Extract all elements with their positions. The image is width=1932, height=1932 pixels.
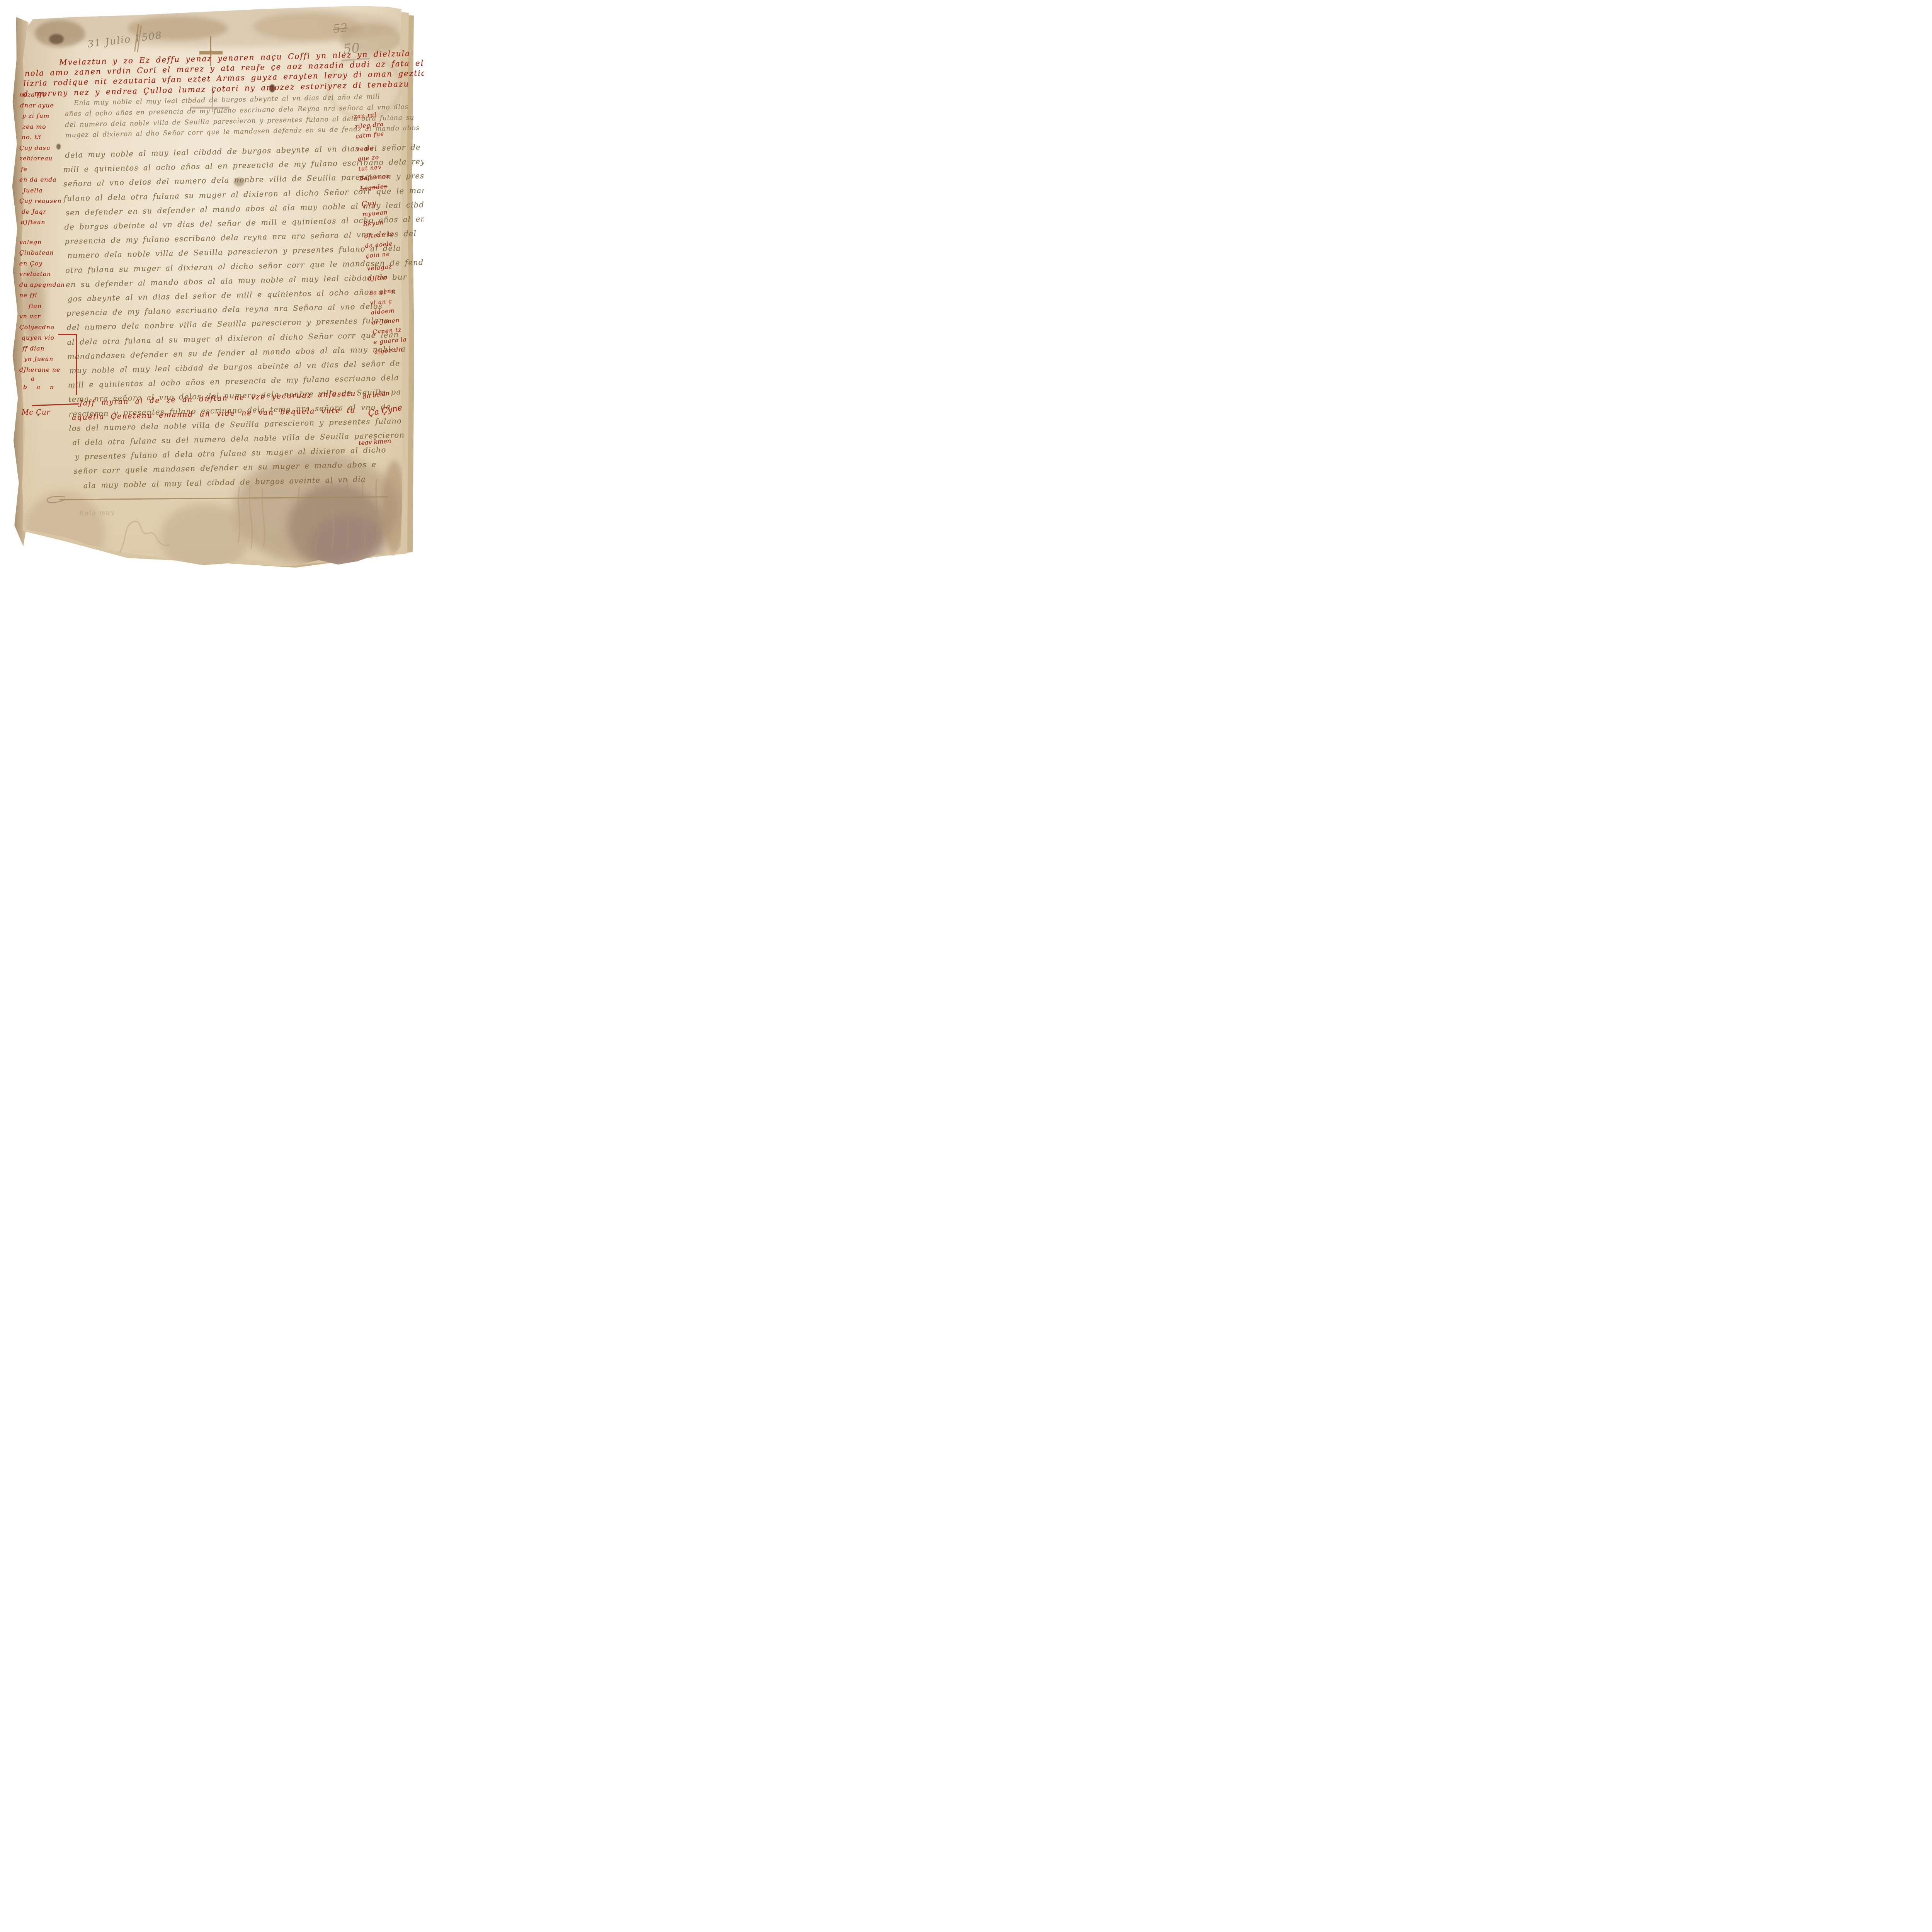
margin-note: neza ffe bbox=[19, 90, 87, 100]
pen-flourish-sketch bbox=[116, 514, 174, 560]
body-upper-block: Enla muy noble el muy leal cibdad de bur… bbox=[65, 92, 376, 141]
margin-note: Juella bbox=[19, 185, 87, 196]
margin-note: vn var bbox=[19, 311, 87, 322]
margin-note: vrelaztan bbox=[19, 269, 87, 280]
rule-loop-flourish bbox=[46, 495, 66, 505]
margin-note: zebioreau bbox=[19, 153, 87, 164]
margin-note: valegn bbox=[19, 237, 87, 248]
margin-note: ne ffi bbox=[19, 290, 87, 301]
margin-note: du apeqmdan bbox=[19, 280, 87, 291]
margin-note: de Jaqr bbox=[19, 207, 87, 218]
margin-note: Çinbatean bbox=[19, 248, 87, 259]
margin-note: Çolyecdno bbox=[19, 322, 87, 333]
manuscript-photo: 52 50 31 Julio 1508 Mvelaztun y zo Ez de… bbox=[0, 0, 424, 586]
crossed-out-folio-number: 52 bbox=[332, 21, 349, 36]
margin-note: zea mo bbox=[19, 122, 87, 133]
body-main-block: dela muy noble al muy leal cibdad de bur… bbox=[63, 141, 386, 493]
margin-note: fian bbox=[19, 301, 87, 312]
margin-note: Çuy reausen bbox=[19, 196, 87, 207]
margin-note: dJftean bbox=[19, 217, 87, 228]
margin-note: Çuy dasu bbox=[19, 143, 87, 154]
pen-flourish-sketch bbox=[232, 485, 278, 551]
margin-note: Mc Çur bbox=[19, 407, 87, 418]
pen-flourish-sketch bbox=[340, 479, 383, 553]
red-bracket bbox=[76, 335, 77, 395]
red-bracket bbox=[58, 334, 77, 335]
ink-blot bbox=[49, 34, 64, 44]
margin-note: no. t3 bbox=[19, 132, 87, 143]
margin-note: en Çoy bbox=[19, 259, 87, 269]
margin-note: en da enda bbox=[19, 175, 87, 185]
margin-note: dnar ayue bbox=[19, 100, 87, 111]
pen-flourish-sketch bbox=[294, 483, 344, 553]
margin-note: fe bbox=[19, 164, 87, 175]
margin-note: y zi fum bbox=[19, 111, 87, 122]
ghost-text: Enla muy bbox=[79, 509, 115, 517]
